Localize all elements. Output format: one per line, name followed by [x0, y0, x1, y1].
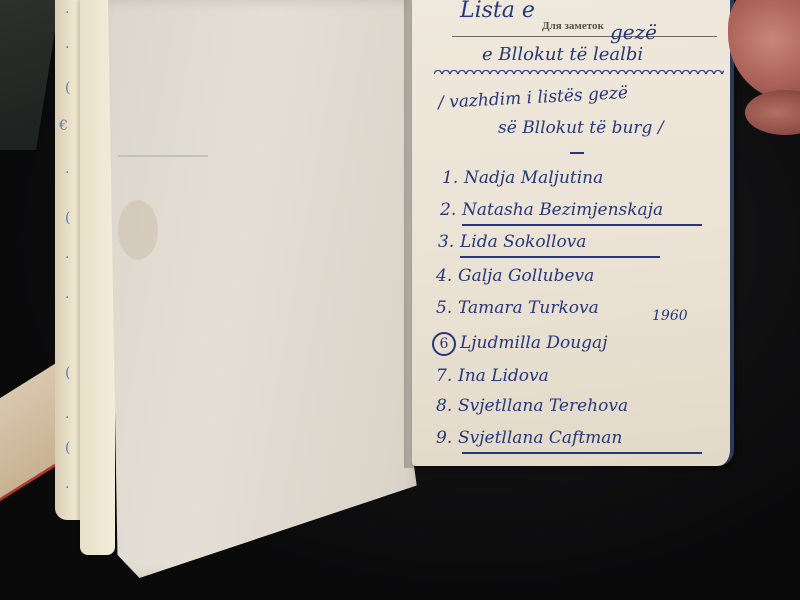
underline: [460, 256, 660, 258]
list-number: 1.: [442, 168, 464, 188]
list-number: 8.: [436, 396, 458, 416]
list-item: 3.Lida Sokollova: [438, 232, 586, 252]
edge-mark: €: [59, 118, 68, 134]
list-number: 9.: [436, 428, 458, 448]
edge-mark: (: [65, 365, 70, 381]
list-item: 1.Nadja Maljutina: [442, 168, 603, 188]
list-name: Svjetllana Terehova: [458, 396, 628, 416]
subtitle-line-1: / vazhdim i listës gezë: [438, 83, 629, 113]
list-item: 8.Svjetllana Terehova: [436, 396, 628, 416]
list-item: 4.Galja Gollubeva: [436, 266, 594, 286]
list-number: 2.: [440, 200, 462, 220]
list-name: Tamara Turkova: [458, 298, 599, 318]
list-number: 4.: [436, 266, 458, 286]
list-name: Nadja Maljutina: [464, 168, 603, 188]
list-name: Ina Lidova: [458, 366, 549, 386]
list-name: Svjetllana Caftman: [458, 428, 622, 448]
title-line-1-end: gezë: [610, 20, 657, 44]
edge-mark: ·: [65, 40, 69, 56]
list-item: 5.Tamara Turkova: [436, 298, 599, 318]
list-name: Ljudmilla Dougaj: [460, 333, 607, 353]
edge-mark: ·: [65, 480, 69, 496]
faint-ink-line: [118, 155, 208, 157]
page-stain: [118, 200, 158, 260]
list-number: 7.: [436, 366, 458, 386]
title-line-2: e Bllokut të lealbi: [482, 44, 643, 65]
printed-header: Для заметок: [542, 20, 604, 32]
edge-mark: ·: [65, 5, 69, 21]
right-written-page: Для заметок Lista e gezë e Bllokut të le…: [412, 0, 734, 466]
circled-number: 6: [432, 332, 456, 356]
edge-mark: ·: [65, 165, 69, 181]
list-number: 5.: [436, 298, 458, 318]
list-item: 9.Svjetllana Caftman: [436, 428, 622, 448]
list-item: 2.Natasha Bezimjenskaja: [440, 200, 663, 220]
printed-rule: [452, 36, 717, 37]
edge-mark: (: [65, 80, 70, 96]
edge-mark: (: [65, 440, 70, 456]
wavy-underline: [434, 70, 724, 78]
edge-mark: ·: [65, 410, 69, 426]
list-number: 3.: [438, 232, 460, 252]
list-name: Natasha Bezimjenskaja: [462, 200, 663, 220]
underline: [462, 452, 702, 454]
underline: [462, 224, 702, 226]
edge-mark: (: [65, 210, 70, 226]
list-item: 6Ljudmilla Dougaj: [436, 332, 607, 356]
separator-dash: [570, 152, 584, 154]
subtitle-line-2: së Bllokut të burg /: [498, 118, 664, 138]
edge-mark: ·: [65, 250, 69, 266]
list-item: 7.Ina Lidova: [436, 366, 549, 386]
year-note: 1960: [652, 308, 688, 324]
left-blank-page: [108, 0, 423, 578]
edge-mark: ·: [65, 290, 69, 306]
title-line-1: Lista e: [460, 0, 535, 23]
list-name: Galja Gollubeva: [458, 266, 594, 286]
list-name: Lida Sokollova: [460, 232, 586, 252]
